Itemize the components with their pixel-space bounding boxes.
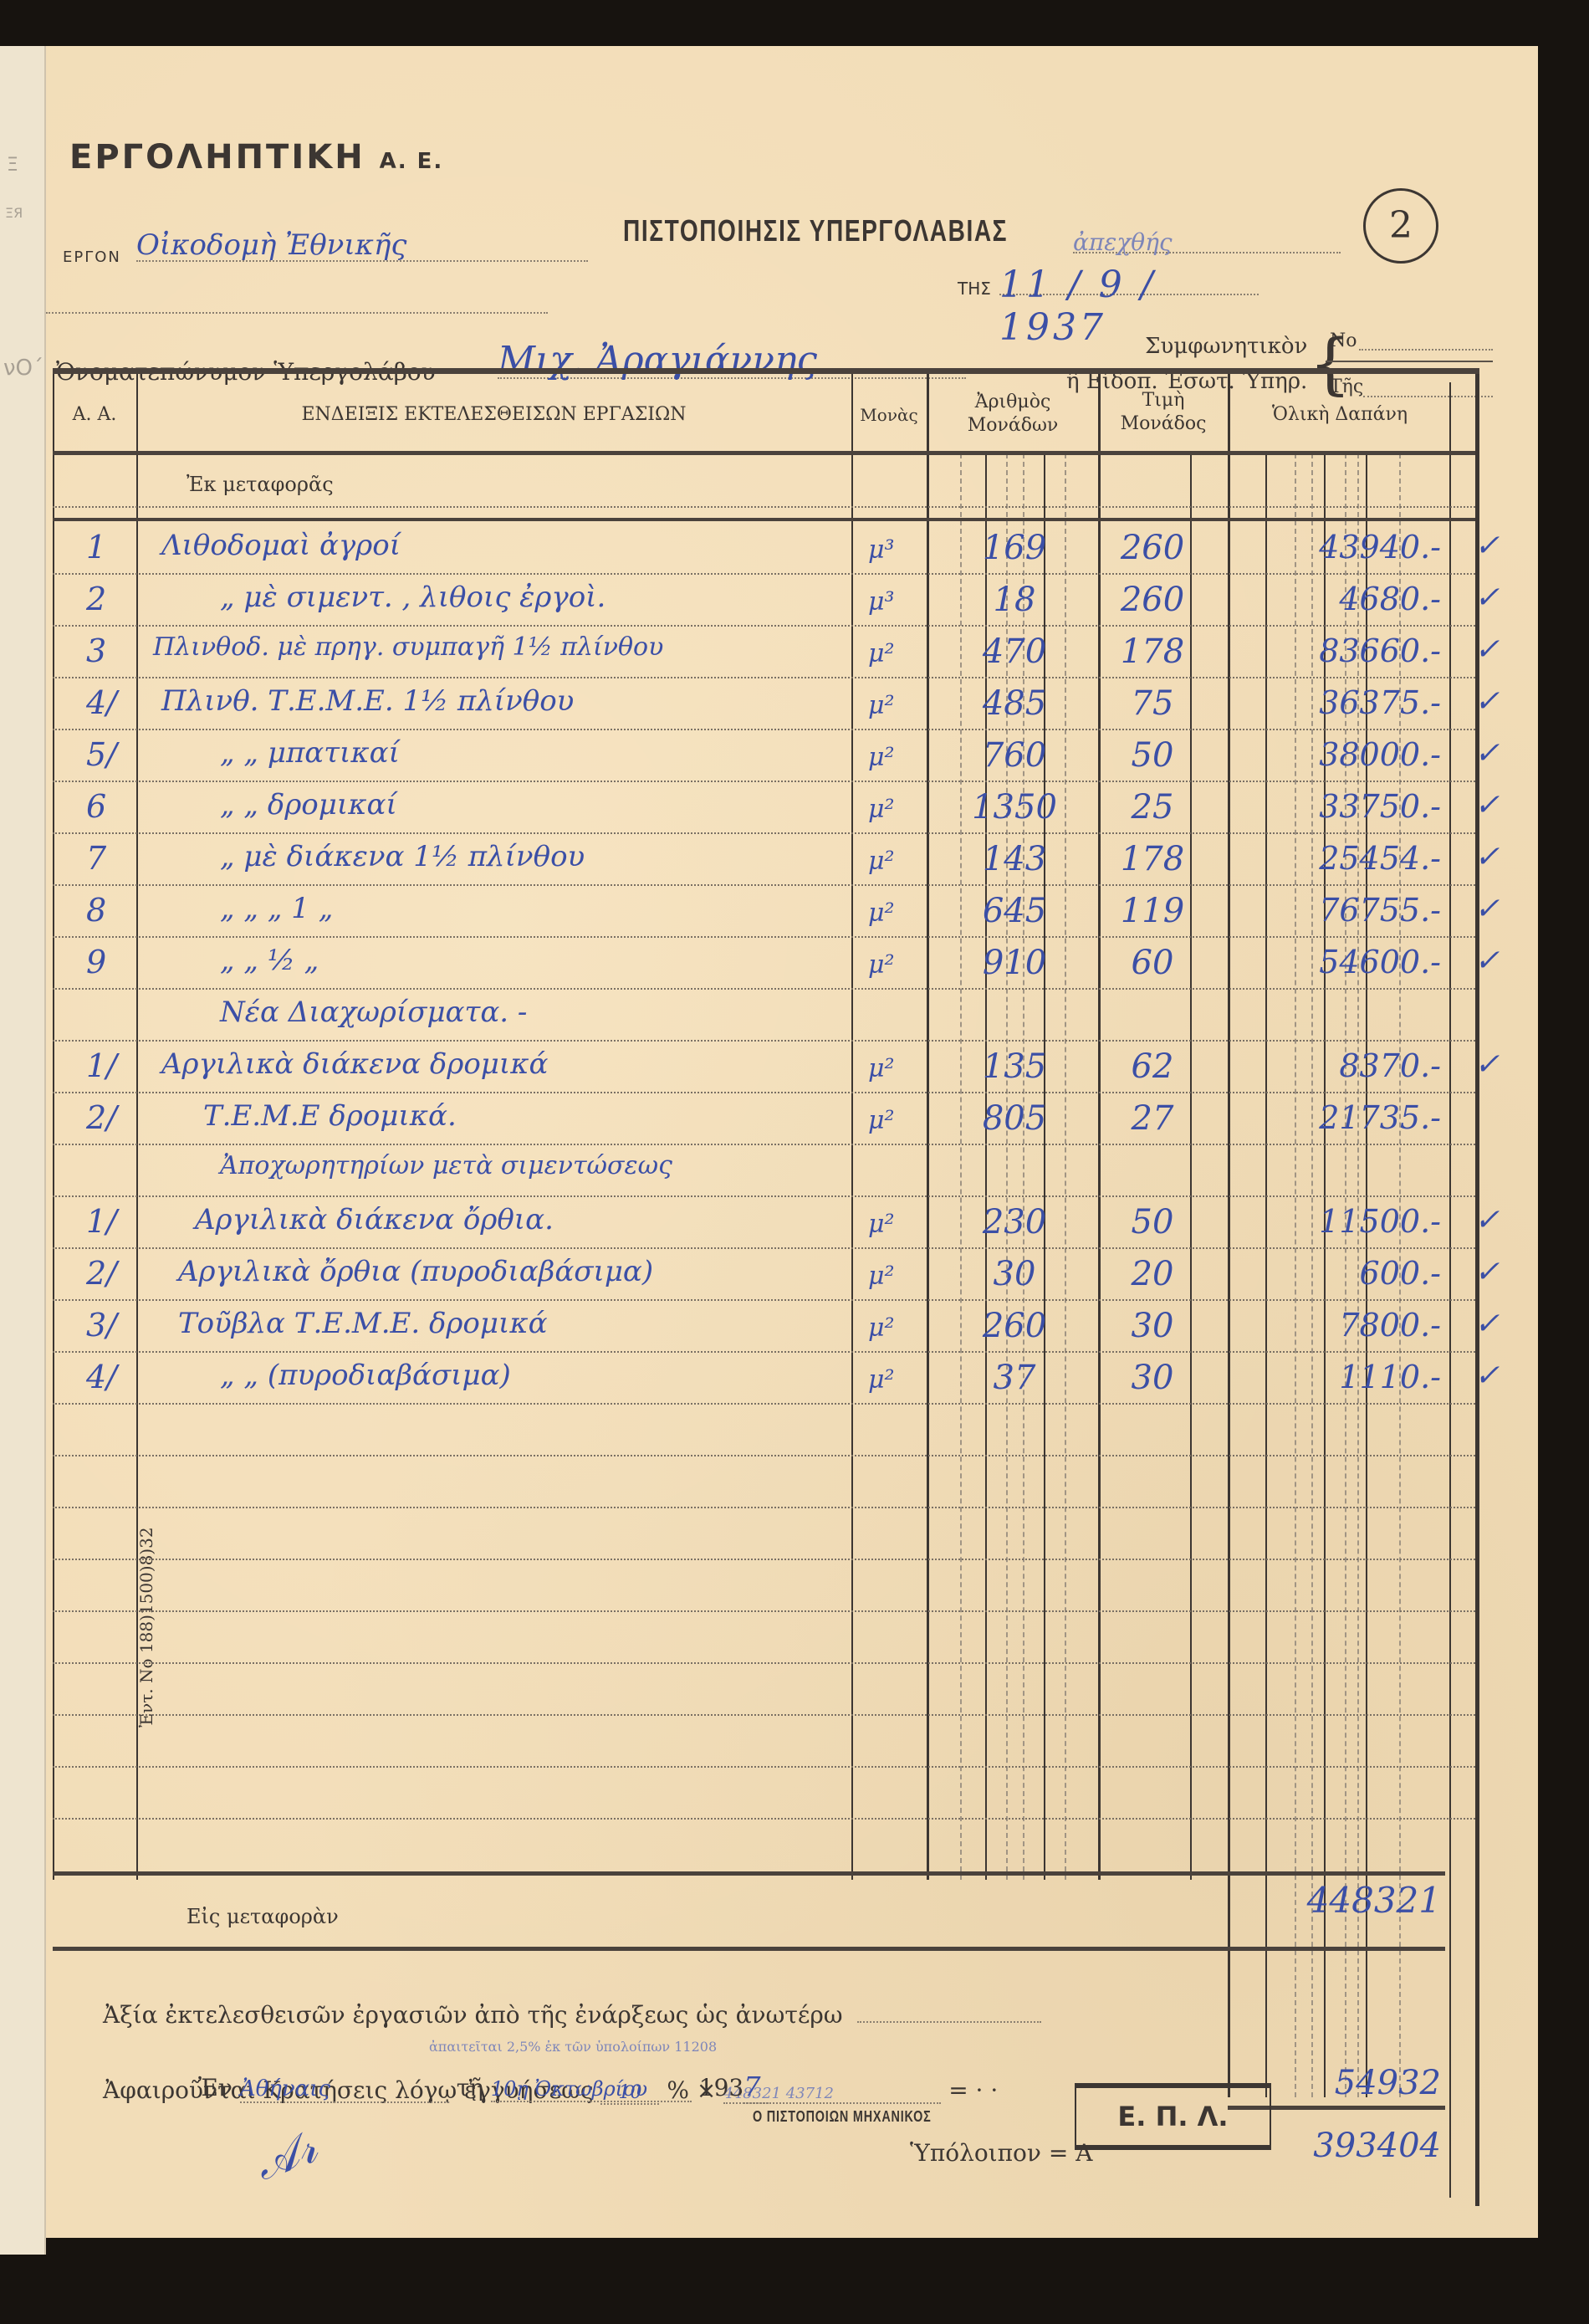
checkmark-icon: ✓ <box>1474 1255 1500 1289</box>
checkmark-icon: ✓ <box>1474 684 1500 719</box>
row-number: 6 <box>86 788 106 825</box>
section-heading: Νέα Διαχωρίσματα. - <box>220 996 527 1029</box>
title-fill-field[interactable]: ἀπεχθής <box>1073 228 1341 253</box>
row-quantity: 135 <box>939 1047 1090 1086</box>
table-row: 8 „ „ „ 1 „ μ² 645 119 76755.- ✓ <box>53 892 1541 939</box>
divider <box>1326 361 1493 362</box>
row-price: 27 <box>1102 1099 1203 1138</box>
company-suffix: Α. Ε. <box>380 149 444 174</box>
row-total: 54600.- <box>1240 944 1441 980</box>
year-prefix: 193 <box>699 2074 743 2101</box>
row-price: 50 <box>1102 1203 1203 1241</box>
row-total: 43940.- <box>1240 529 1441 566</box>
row-line <box>53 1507 1475 1508</box>
row-line <box>53 506 1475 508</box>
row-total: 36375.- <box>1240 684 1441 721</box>
table-row: 2 „ μὲ σιμεντ. , λιθοις ἐργοὶ. μ³ 18 260… <box>53 581 1541 627</box>
row-price: 178 <box>1102 840 1203 878</box>
row-price: 178 <box>1102 632 1203 671</box>
row-quantity: 645 <box>939 892 1090 930</box>
table-row: 9 „ „ ½ „ μ² 910 60 54600.- ✓ <box>53 944 1541 991</box>
ergon-label: ΕΡΓΟΝ <box>63 248 121 266</box>
row-line <box>53 1455 1475 1456</box>
row-total: 7800.- <box>1240 1307 1441 1344</box>
row-price: 119 <box>1102 892 1203 930</box>
row-unit: μ² <box>868 1210 895 1239</box>
row-price: 30 <box>1102 1307 1203 1345</box>
table-row: 7 „ μὲ διάκενα 1½ πλίνθου μ² 143 178 254… <box>53 840 1541 887</box>
row-quantity: 805 <box>939 1099 1090 1138</box>
row-description: Αργιλικὰ διάκενα δρομικά <box>161 1047 549 1081</box>
header-rule <box>53 451 1475 455</box>
table-row-section: Νέα Διαχωρίσματα. - <box>53 996 1541 1042</box>
ergon-field[interactable]: Οἰκοδομὴ Ἐθνικῆς <box>136 228 588 262</box>
row-unit: μ² <box>868 1054 895 1083</box>
row-total: 33750.- <box>1240 788 1441 825</box>
row-description: „ μὲ σιμεντ. , λιθοις ἐργοὶ. <box>220 581 605 614</box>
remainder-label: Ὑπόλοιπον = Α <box>910 2139 1092 2167</box>
ghost-letter: νΟ΄ <box>3 356 43 381</box>
row-description: „ „ δρομικαί <box>220 788 397 822</box>
works-table: Α. Α. ΕΝΔΕΙΞΙΣ ΕΚΤΕΛΕΣΘΕΙΣΩΝ ΕΡΓΑΣΙΩΝ Μο… <box>53 374 1479 2206</box>
row-price: 260 <box>1102 581 1203 619</box>
row-total: 1110.- <box>1240 1359 1441 1395</box>
checkmark-icon: ✓ <box>1474 944 1500 978</box>
row-number: 1/ <box>86 1203 117 1240</box>
value-field[interactable] <box>857 2021 1041 2023</box>
row-description: Πλινθ. Τ.Ε.Μ.Ε. 1½ πλίνθου <box>161 684 574 718</box>
table-row: 1/ Αργιλικὰ διάκενα ὄρθια. μ² 230 50 115… <box>53 1203 1541 1250</box>
row-quantity: 30 <box>939 1255 1090 1293</box>
row-line <box>53 1610 1475 1612</box>
summary-rule <box>53 1947 1445 1951</box>
row-total: 38000.- <box>1240 736 1441 773</box>
document-page: ΕΡΓΟΛΗΠΤΙΚΗ Α. Ε. ΕΡΓΟΝ Οἰκοδομὴ Ἐθνικῆς… <box>46 46 1538 2238</box>
carry-out-value: 448321 <box>1240 1880 1441 1921</box>
row-unit: μ² <box>868 795 895 824</box>
equals-sign: = · · <box>948 2076 998 2104</box>
row-price: 60 <box>1102 944 1203 982</box>
table-row: 1/ Αργιλικὰ διάκενα δρομικά μ² 135 62 83… <box>53 1047 1541 1094</box>
row-total: 600.- <box>1240 1255 1441 1292</box>
row-line <box>53 1818 1475 1820</box>
row-price: 25 <box>1102 788 1203 827</box>
checkmark-icon: ✓ <box>1474 632 1500 667</box>
certifying-engineer-label: Ο ΠΙΣΤΟΠΟΙΩΝ ΜΗΧΑΝΙΚΟΣ <box>753 2108 932 2126</box>
date-day-field[interactable]: 10ῃ Ὀκτωβρίου <box>491 2077 692 2102</box>
row-unit: μ² <box>868 1106 895 1135</box>
row-total: 25454.- <box>1240 840 1441 877</box>
row-number: 8 <box>86 892 106 929</box>
row-quantity: 760 <box>939 736 1090 775</box>
row-number: 3 <box>86 632 106 669</box>
value-label: Ἀξία ἐκτελεσθεισῶν ἐργασιῶν ἀπὸ τῆς ἐνάρ… <box>103 2001 1041 2029</box>
row-number: 1 <box>86 529 106 566</box>
adjacent-page-strip: Ξ ΞЯ νΟ΄ <box>0 46 46 2255</box>
row-price: 260 <box>1102 529 1203 567</box>
epl-stamp: Ε. Π. Λ. <box>1075 2083 1271 2150</box>
date-field[interactable]: 11 / 9 / 1937 <box>999 264 1259 295</box>
year-suffix-field[interactable]: 7 <box>743 2071 769 2104</box>
row-description: „ „ „ 1 „ <box>220 892 333 925</box>
row-unit: μ³ <box>868 535 895 565</box>
header-unit: Μονὰς <box>851 403 927 427</box>
ghost-letter: ΞЯ <box>5 205 23 221</box>
header-unit-price: Τιμὴ Μονάδος <box>1101 389 1226 436</box>
row-unit: μ² <box>868 743 895 772</box>
row-total: 8370.- <box>1240 1047 1441 1084</box>
carry-out-label: Εἰς μεταφορὰν <box>186 1905 339 1928</box>
row-quantity: 485 <box>939 684 1090 723</box>
row-number: 4/ <box>86 684 117 721</box>
row-line <box>53 1766 1475 1768</box>
row-description: Αργιλικὰ διάκενα ὄρθια. <box>195 1203 554 1236</box>
row-description: Τ.Ε.Μ.Ε δρομικά. <box>203 1099 457 1133</box>
page-number-badge: 2 <box>1363 188 1438 264</box>
checkmark-icon: ✓ <box>1474 892 1500 926</box>
checkmark-icon: ✓ <box>1474 840 1500 874</box>
row-unit: μ² <box>868 1313 895 1343</box>
ghost-letter: Ξ <box>7 155 18 176</box>
table-row: 3/ Τοῦβλα Τ.Ε.Μ.Ε. δρομικά μ² 260 30 780… <box>53 1307 1541 1354</box>
row-unit: μ² <box>868 847 895 876</box>
row-description: Αργιλικὰ ὄρθια (πυροδιαβάσιμα) <box>178 1255 653 1288</box>
row-price: 62 <box>1102 1047 1203 1086</box>
header-total-cost: Ὁλικὴ Δαπάνη <box>1230 403 1449 427</box>
row-description: Τοῦβλα Τ.Ε.Μ.Ε. δρομικά <box>178 1307 548 1340</box>
row-price: 30 <box>1102 1359 1203 1397</box>
ergon-line-extra <box>46 312 548 314</box>
row-unit: μ² <box>868 950 895 980</box>
row-unit: μ² <box>868 1365 895 1395</box>
row-quantity: 143 <box>939 840 1090 878</box>
row-quantity: 910 <box>939 944 1090 982</box>
row-quantity: 169 <box>939 529 1090 567</box>
table-row: 3 Πλινθοδ. μὲ πρηγ. συμπαγῆ 1½ πλίνθου μ… <box>53 632 1541 679</box>
row-quantity: 470 <box>939 632 1090 671</box>
row-quantity: 37 <box>939 1359 1090 1397</box>
checkmark-icon: ✓ <box>1474 1359 1500 1393</box>
deduction-note: ἀπαιτεῖται 2,5% ἐκ τῶν ὑπολοίπων 11208 <box>429 2039 717 2055</box>
row-total: 83660.- <box>1240 632 1441 669</box>
row-price: 50 <box>1102 736 1203 775</box>
print-note: Ἐντ. Νο 188)1500)8)32 <box>136 1527 156 1728</box>
row-number: 7 <box>86 840 106 877</box>
row-description: „ „ (πυροδιαβάσιμα) <box>220 1359 511 1392</box>
row-price: 75 <box>1102 684 1203 723</box>
row-total: 21735.- <box>1240 1099 1441 1136</box>
table-row: 5/ „ „ μπατικαί μ² 760 50 38000.- ✓ <box>53 736 1541 783</box>
row-description: Πλινθοδ. μὲ πρηγ. συμπαγῆ 1½ πλίνθου <box>153 632 663 662</box>
row-description: „ „ ½ „ <box>220 944 319 977</box>
row-quantity: 260 <box>939 1307 1090 1345</box>
carry-out-rule <box>53 1871 1445 1876</box>
table-row: 2/ Τ.Ε.Μ.Ε δρομικά. μ² 805 27 21735.- <box>53 1099 1541 1146</box>
row-line <box>53 1714 1475 1716</box>
row-quantity: 230 <box>939 1203 1090 1241</box>
header-aa: Α. Α. <box>53 403 136 427</box>
place-line: Ἐν Ἀθήναις τῇ 10ῃ Ὀκτωβρίου 1937 <box>198 2071 769 2104</box>
row-quantity: 1350 <box>939 788 1090 827</box>
row-description: Λιθοδομαὶ ἀγροί <box>161 529 401 562</box>
value-label-text: Ἀξία ἐκτελεσθεισῶν ἐργασιῶν ἀπὸ τῆς ἐνάρ… <box>103 2001 843 2029</box>
table-row: 2/ Αργιλικὰ ὄρθια (πυροδιαβάσιμα) μ² 30 … <box>53 1255 1541 1302</box>
row-total: 11500.- <box>1240 1203 1441 1240</box>
checkmark-icon: ✓ <box>1474 581 1500 615</box>
row-total: 4680.- <box>1240 581 1441 617</box>
row-unit: μ² <box>868 1262 895 1291</box>
row-number: 5/ <box>86 736 117 773</box>
contract-no-label: Νο <box>1330 330 1357 351</box>
row-number: 4/ <box>86 1359 117 1395</box>
section-heading: Ἀποχωρητηρίων μετὰ σιμεντώσεως <box>220 1151 672 1180</box>
row-number: 1/ <box>86 1047 117 1084</box>
table-row: 6 „ „ δρομικαί μ² 1350 25 33750.- ✓ <box>53 788 1541 835</box>
company-name: ΕΡΓΟΛΗΠΤΙΚΗ Α. Ε. <box>69 138 443 177</box>
company-name-text: ΕΡΓΟΛΗΠΤΙΚΗ <box>69 138 365 177</box>
place-label: Ἐν <box>198 2074 232 2101</box>
row-total: 76755.- <box>1240 892 1441 929</box>
row-unit: μ² <box>868 898 895 928</box>
row-number: 2/ <box>86 1255 117 1292</box>
date-day-label: τῇ <box>457 2074 483 2101</box>
row-description: „ „ μπατικαί <box>220 736 400 770</box>
carry-in-rule <box>53 518 1475 521</box>
table-top-rule <box>53 368 1479 374</box>
table-row-section: Ἀποχωρητηρίων μετὰ σιμεντώσεως <box>53 1151 1541 1198</box>
checkmark-icon: ✓ <box>1474 1047 1500 1082</box>
row-quantity: 18 <box>939 581 1090 619</box>
row-unit: μ² <box>868 691 895 720</box>
checkmark-icon: ✓ <box>1474 1307 1500 1341</box>
checkmark-icon: ✓ <box>1474 736 1500 770</box>
checkmark-icon: ✓ <box>1474 529 1500 563</box>
document-title: ΠΙΣΤΟΠΟΙΗΣΙΣ ΥΠΕΡΓΟΛΑΒΙΑΣ <box>623 213 1008 248</box>
row-unit: μ² <box>868 639 895 668</box>
contract-no-field[interactable] <box>1359 349 1493 351</box>
row-number: 3/ <box>86 1307 117 1344</box>
row-number: 2/ <box>86 1099 117 1136</box>
row-price: 20 <box>1102 1255 1203 1293</box>
row-unit: μ³ <box>868 587 895 617</box>
carry-in-label: Ἐκ μεταφορᾶς <box>186 473 334 496</box>
date-label: ΤΗΣ <box>958 279 991 299</box>
row-line <box>53 1559 1475 1560</box>
header-description: ΕΝΔΕΙΞΙΣ ΕΚΤΕΛΕΣΘΕΙΣΩΝ ΕΡΓΑΣΙΩΝ <box>136 403 851 427</box>
table-row: 4/ Πλινθ. Τ.Ε.Μ.Ε. 1½ πλίνθου μ² 485 75 … <box>53 684 1541 731</box>
row-description: „ μὲ διάκενα 1½ πλίνθου <box>220 840 585 873</box>
header-quantity: Ἀριθμὸς Μονάδων <box>929 391 1096 438</box>
contract-label-1: Συμφωνητικὸν <box>1066 329 1307 364</box>
row-number: 2 <box>86 581 106 617</box>
checkmark-icon: ✓ <box>1474 1203 1500 1237</box>
row-line <box>53 1662 1475 1664</box>
table-row: 4/ „ „ (πυροδιαβάσιμα) μ² 37 30 1110.- ✓ <box>53 1359 1541 1405</box>
table-row: 1 Λιθοδομαὶ ἀγροί μ³ 169 260 43940.- ✓ <box>53 529 1541 576</box>
place-field[interactable]: Ἀθήναις <box>240 2076 449 2103</box>
row-number: 9 <box>86 944 106 980</box>
checkmark-icon: ✓ <box>1474 788 1500 822</box>
